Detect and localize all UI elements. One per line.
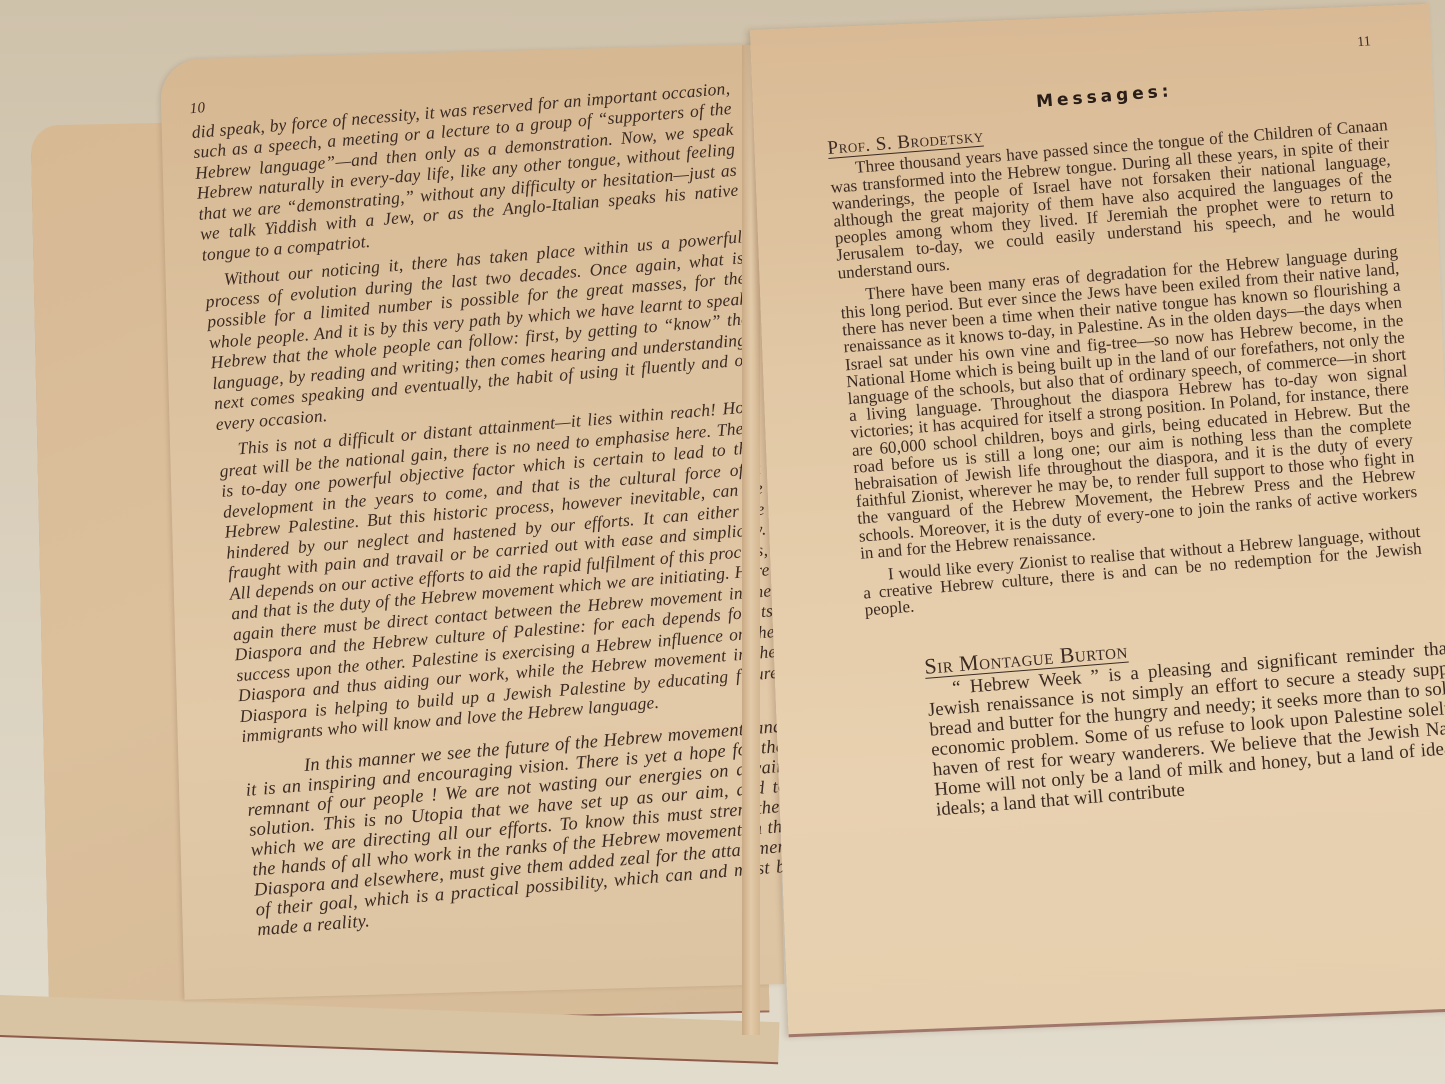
message-brodetsky: Prof. S. Brodetsky Three thousand years …: [827, 95, 1424, 619]
message-paragraph: There have been many eras of degradation…: [839, 243, 1419, 562]
left-page-text: 10 did speak, by force of necessity, it …: [189, 55, 797, 946]
right-page: 11 Messages: Prof. S. Brodetsky Three th…: [750, 4, 1445, 1037]
photo-scene: 10 did speak, by force of necessity, it …: [0, 0, 1445, 1084]
left-page: 10 did speak, by force of necessity, it …: [160, 44, 784, 999]
page-number-right: 11: [1357, 33, 1372, 51]
message-burton: Sir Montague Burton “ Hebrew Week ” is a…: [924, 612, 1445, 820]
right-page-text: 11 Messages: Prof. S. Brodetsky Three th…: [822, 32, 1441, 830]
left-paragraph: This is not a difficult or distant attai…: [217, 396, 780, 747]
left-paragraph-closing: In this manner we see the future of the …: [243, 716, 796, 940]
